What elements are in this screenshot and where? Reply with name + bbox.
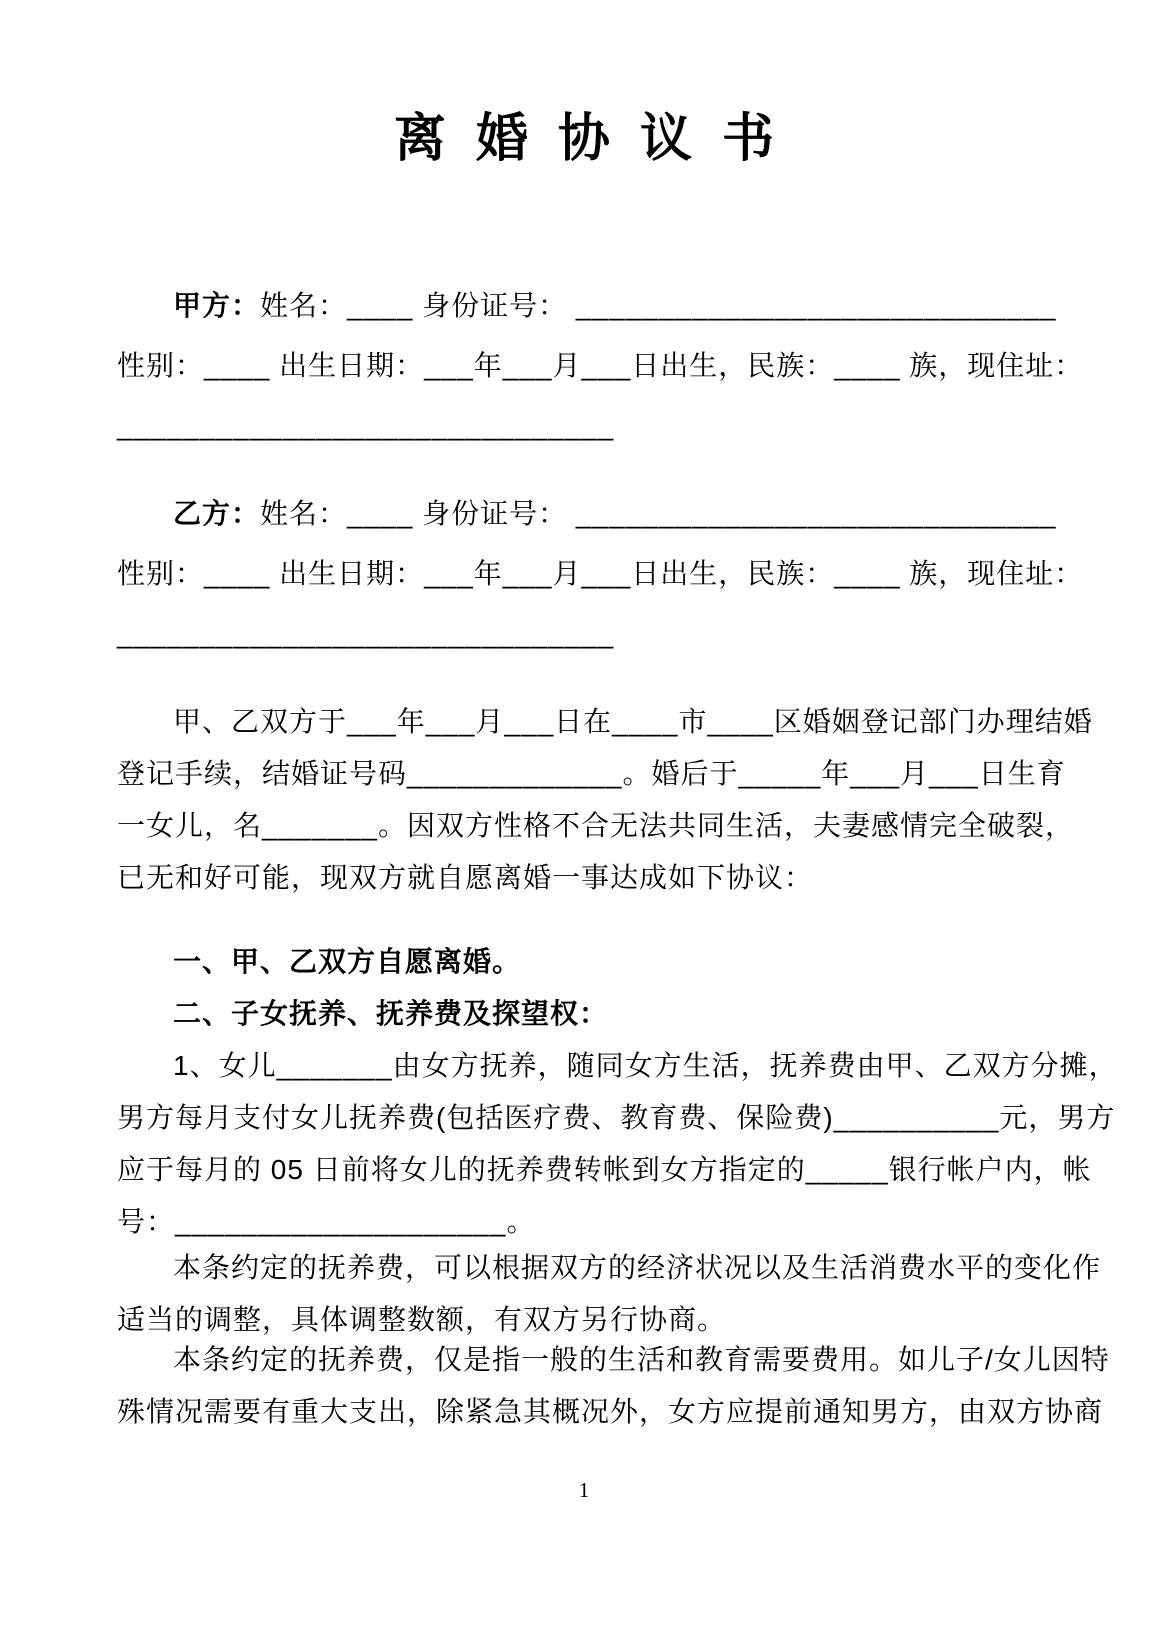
party-a-label: 甲方： [173, 290, 260, 321]
party-b-details-line: 性别：____ 出生日期：___年___月___日出生，民族：____ 族，现住… [117, 544, 1050, 604]
party-b-identity-line: 乙方：姓名：____ 身份证号： _______________________… [117, 484, 1050, 544]
clause-1-heading-block: 一、甲、乙双方自愿离婚。 [117, 936, 1050, 988]
marriage-registration-paragraph: 甲、乙双方于___年___月___日在____市____区婚姻登记部门办理结婚 … [117, 696, 1050, 904]
party-b-label: 乙方： [173, 498, 260, 529]
child-support-line: 男方每月支付女儿抚养费(包括医疗费、教育费、保险费)__________元，男方 [117, 1092, 1050, 1144]
child-support-line: 应于每月的 05 日前将女儿的抚养费转帐到女方指定的_____银行帐户内，帐 [117, 1144, 1050, 1196]
paragraph-line: 登记手续，结婚证号码_____________。婚后于_____年___月___… [117, 748, 1050, 800]
party-b-address-underline: ______________________________ [117, 604, 1050, 664]
party-a-identity-line: 甲方：姓名：____ 身份证号： _______________________… [117, 276, 1050, 336]
support-adjustment-paragraph: 本条约定的抚养费，可以根据双方的经济状况以及生活消费水平的变化作 适当的调整，具… [117, 1242, 1050, 1346]
party-a-address-underline: ______________________________ [117, 396, 1050, 456]
clause-1-heading: 一、甲、乙双方自愿离婚。 [117, 936, 1050, 988]
paragraph-line: 甲、乙双方于___年___月___日在____市____区婚姻登记部门办理结婚 [117, 696, 1050, 748]
document-title: 离婚协议书 [0, 96, 1168, 171]
paragraph-line: 一女儿，名_______。因双方性格不合无法共同生活，夫妻感情完全破裂， [117, 800, 1050, 852]
party-a-identity-fields: 姓名：____ 身份证号： __________________________… [260, 290, 1056, 321]
child-support-item: 1、女儿_______由女方抚养，随同女方生活，抚养费由甲、乙双方分摊， 男方每… [117, 1040, 1050, 1248]
party-b-section: 乙方：姓名：____ 身份证号： _______________________… [117, 484, 1050, 664]
child-support-line: 号：____________________。 [117, 1196, 1050, 1248]
paragraph-line: 本条约定的抚养费，仅是指一般的生活和教育需要费用。如儿子/女儿因特 [117, 1334, 1050, 1386]
party-a-section: 甲方：姓名：____ 身份证号： _______________________… [117, 276, 1050, 456]
party-b-identity-fields: 姓名：____ 身份证号： __________________________… [260, 498, 1056, 529]
clause-2-heading: 二、子女抚养、抚养费及探望权： [117, 988, 1050, 1040]
document-page: 离婚协议书 甲方：姓名：____ 身份证号： _________________… [0, 0, 1168, 1651]
support-scope-paragraph: 本条约定的抚养费，仅是指一般的生活和教育需要费用。如儿子/女儿因特 殊情况需要有… [117, 1334, 1050, 1438]
clause-2-heading-block: 二、子女抚养、抚养费及探望权： [117, 988, 1050, 1040]
page-number: 1 [0, 1478, 1168, 1503]
paragraph-line: 已无和好可能，现双方就自愿离婚一事达成如下协议： [117, 852, 1050, 904]
party-a-details-line: 性别：____ 出生日期：___年___月___日出生，民族：____ 族，现住… [117, 336, 1050, 396]
paragraph-line: 本条约定的抚养费，可以根据双方的经济状况以及生活消费水平的变化作 [117, 1242, 1050, 1294]
child-support-line: 1、女儿_______由女方抚养，随同女方生活，抚养费由甲、乙双方分摊， [117, 1040, 1050, 1092]
paragraph-line: 殊情况需要有重大支出，除紧急其概况外，女方应提前通知男方，由双方协商 [117, 1386, 1050, 1438]
